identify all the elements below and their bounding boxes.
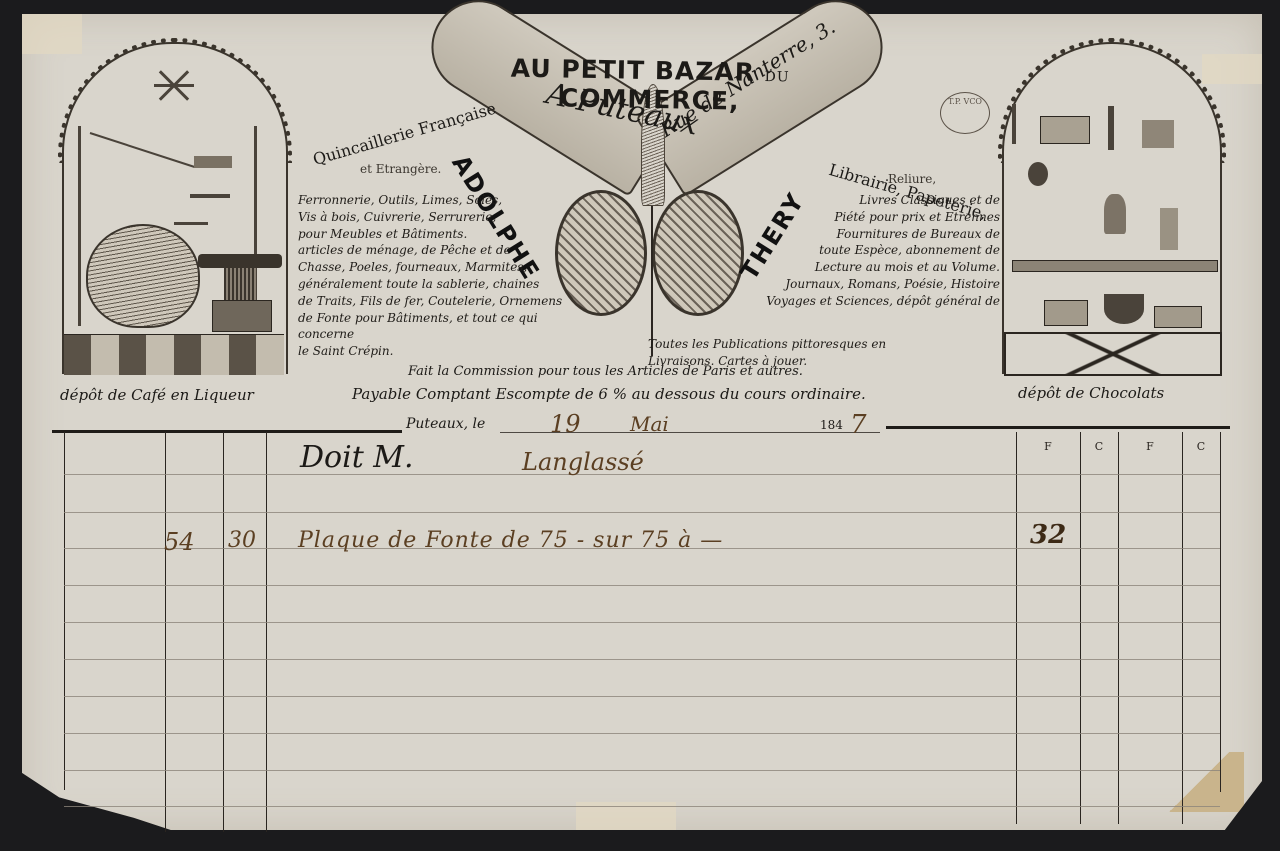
goods-line: Ferronnerie, Outils, Limes, Scies, xyxy=(298,192,578,209)
hook-icon xyxy=(1012,104,1016,144)
col-header-francs: F xyxy=(1038,440,1058,453)
header-rule-right xyxy=(886,426,1230,429)
ledger-col-divider xyxy=(223,432,224,832)
ledger-col-divider xyxy=(1118,432,1119,824)
goods-line: pour Meubles et Bâtiments. xyxy=(298,226,578,243)
goods-line: Journaux, Romans, Poésie, Histoire xyxy=(752,276,1000,293)
goods-line: Voyages et Sciences, dépôt général de xyxy=(752,293,1000,310)
ledger-row-line xyxy=(64,512,1220,513)
rod-icon xyxy=(78,126,81,326)
goods-line: toute Espèce, abonnement de xyxy=(752,242,1000,259)
sugarloaf-icon xyxy=(1160,208,1178,250)
household-illustration xyxy=(1002,42,1222,374)
goods-line: Vis à bois, Cuivrerie, Serrurerie, xyxy=(298,209,578,226)
date-day: 19 xyxy=(550,410,581,438)
hardware-illustration xyxy=(62,42,288,374)
goods-line: Lecture au mois et au Volume. xyxy=(752,259,1000,276)
item-quantity-fraction: 30 xyxy=(228,528,256,553)
goods-line: Fournitures de Bureaux de xyxy=(752,226,1000,243)
hammer-icon xyxy=(174,222,208,225)
anvil-base xyxy=(212,300,272,332)
ledger-row-line xyxy=(64,659,1220,660)
hinge-icon xyxy=(190,194,230,198)
goods-line: le Saint Crépin. xyxy=(298,343,578,360)
debit-label: Doit M. xyxy=(300,440,414,475)
ledger-border-right xyxy=(1220,432,1221,792)
ledger-row-line xyxy=(64,733,1220,734)
date-year-handwritten: 7 xyxy=(850,410,867,440)
anvil-icon xyxy=(198,254,282,268)
depot-left-label: dépôt de Café en Liqueur xyxy=(60,386,254,404)
trade-right-subheading: Reliure, xyxy=(888,172,936,186)
box-icon xyxy=(1040,116,1090,144)
goods-line: généralement toute la sablerie, chaines xyxy=(298,276,578,293)
ledger-border-left xyxy=(64,432,65,790)
ledger-row-line xyxy=(64,585,1220,586)
tape-top-left xyxy=(22,14,82,54)
stone-blocks-icon xyxy=(64,334,284,375)
goods-line: articles de ménage, de Pêche et de xyxy=(298,242,578,259)
goods-line: Piété pour prix et Etrennes xyxy=(752,209,1000,226)
col-header-centimes: C xyxy=(1089,440,1109,453)
ledger-col-divider xyxy=(1080,432,1081,824)
header-rule-left xyxy=(52,430,402,433)
goods-line: Chasse, Poeles, fourneaux, Marmites, xyxy=(298,259,578,276)
goods-line: de Fonte pour Bâtiments, et tout ce qui … xyxy=(298,310,578,344)
pitcher-icon xyxy=(1104,194,1126,234)
date-place: Puteaux, le xyxy=(406,416,485,432)
trade-left-subheading: et Etrangère. xyxy=(360,162,441,176)
date-year-printed: 184 xyxy=(820,418,843,432)
payment-terms: Payable Comptant Escompte de 6 % au dess… xyxy=(352,385,866,403)
book-basket-icon xyxy=(652,190,744,316)
goods-line: Toutes les Publications pittoresques en xyxy=(648,336,998,353)
col-header-francs-2: F xyxy=(1140,440,1160,453)
iron-railing-icon xyxy=(1004,332,1222,376)
ledger-row-line xyxy=(64,770,1220,771)
key-icon xyxy=(1108,106,1114,150)
ledger-col-divider xyxy=(266,432,267,832)
ledger-col-divider xyxy=(165,432,166,832)
coffee-grinder-icon xyxy=(1142,120,1174,148)
towel-rail-icon xyxy=(1012,260,1218,272)
lock-plate-icon xyxy=(194,156,232,168)
stove-icon xyxy=(1154,306,1202,328)
tape-top-right xyxy=(1202,54,1262,84)
commission-line: Fait la Commission pour tous les Article… xyxy=(408,364,803,379)
star-tool-icon-3 xyxy=(154,84,194,87)
col-header-centimes-2: C xyxy=(1191,440,1211,453)
item-description: Plaque de Fonte de 75 - sur 75 à — xyxy=(298,528,723,553)
folded-corner xyxy=(1154,752,1244,812)
goods-line: Livres Classiques et de xyxy=(752,192,1000,209)
depot-right-label: dépôt de Chocolats xyxy=(1018,384,1164,402)
postmark-stamp: T.P. VCO xyxy=(940,92,990,134)
ledger-row-line xyxy=(64,806,1220,807)
goods-line: de Traits, Fils de fer, Coutelerie, Orne… xyxy=(298,293,578,310)
customer-name: Langlassé xyxy=(522,448,644,476)
item-amount-francs: 32 xyxy=(1030,520,1066,550)
padlock-icon xyxy=(1028,162,1048,186)
cauldron-icon xyxy=(1104,294,1144,324)
quill-shaft xyxy=(651,206,653,356)
ledger-col-divider xyxy=(1182,432,1183,824)
hardware-goods-list: Ferronnerie, Outils, Limes, Scies, Vis à… xyxy=(298,192,578,360)
item-quantity: 54 xyxy=(164,528,195,556)
bellows-icon xyxy=(86,224,200,328)
ledger-row-line xyxy=(64,696,1220,697)
stationery-goods-list: Livres Classiques et de Piété pour prix … xyxy=(752,192,1000,310)
ledger-col-divider xyxy=(1016,432,1017,824)
ledger-row-line xyxy=(64,622,1220,623)
anvil-body xyxy=(224,268,256,300)
pan-icon xyxy=(1044,300,1088,326)
date-month: Mai xyxy=(630,412,669,436)
